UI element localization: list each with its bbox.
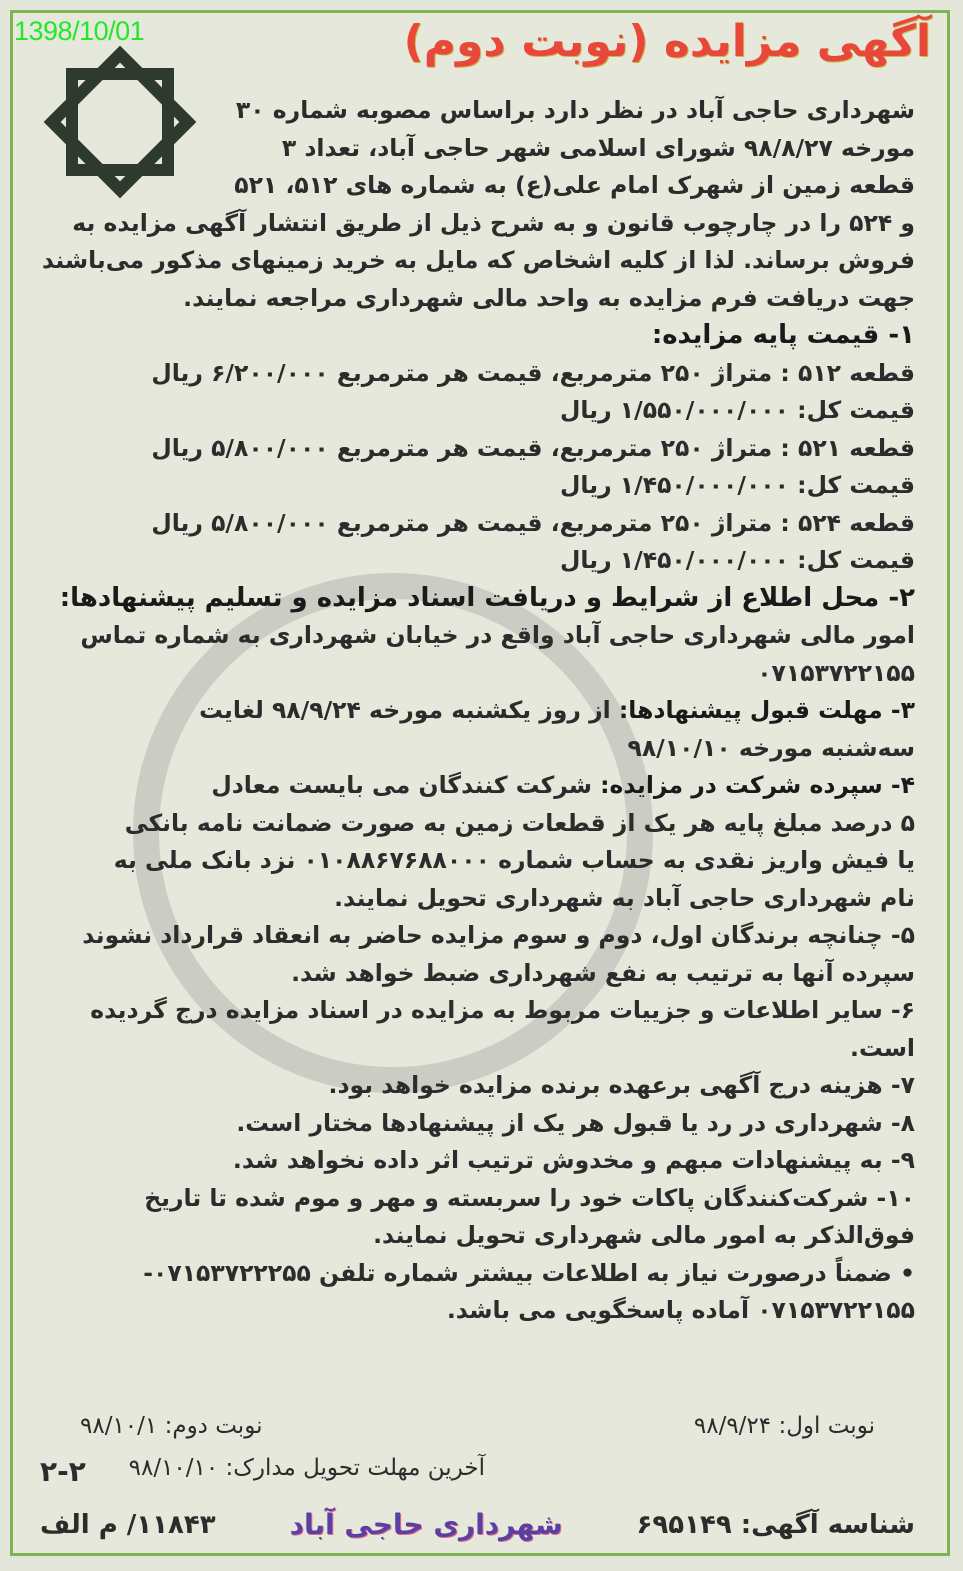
phone-number: ۰۷۱۵۳۷۲۲۱۵۵ (40, 655, 915, 693)
section-text: از روز یکشنبه مورخه ۹۸/۹/۲۴ لغایت (199, 696, 611, 724)
list-item: ۵- چنانچه برندگان اول، دوم و سوم مزایده … (40, 917, 915, 992)
footer-signature-row: شناسه آگهی: ۶۹۵۱۴۹ شهرداری حاجی آباد ۱۱۸… (40, 1508, 915, 1541)
intro-line: قطعه زمین از شهرک امام علی(ع) به شماره ه… (215, 167, 915, 205)
plot-line: قطعه ۵۲۱ : متراژ ۲۵۰ مترمربع، قیمت هر مت… (40, 430, 915, 468)
sequence-number: ۲-۲ (40, 1455, 86, 1488)
ad-id: شناسه آگهی: ۶۹۵۱۴۹ (636, 1510, 915, 1540)
plot-total: قیمت کل: ۱/۴۵۰/۰۰۰/۰۰۰ ریال (40, 542, 915, 580)
ad-body: شهرداری حاجی آباد در نظر دارد براساس مصو… (40, 92, 915, 1330)
footer-deadline: آخرین مهلت تحویل مدارک: ۹۸/۱۰/۱۰ ۲-۲ (40, 1455, 915, 1488)
section-heading: ۴- سپرده شرکت در مزایده: (600, 771, 915, 799)
list-item: ۷- هزینه درج آگهی برعهده برنده مزایده خو… (40, 1067, 915, 1105)
plot-total: قیمت کل: ۱/۵۵۰/۰۰۰/۰۰۰ ریال (40, 392, 915, 430)
reference-number: ۱۱۸۴۳/ م الف (40, 1510, 216, 1540)
plot-line: قطعه ۵۱۲ : متراژ ۲۵۰ مترمربع، قیمت هر مت… (40, 355, 915, 393)
list-item: ۸- شهرداری در رد یا قبول هر یک از پیشنها… (40, 1105, 915, 1143)
intro-line: فروش برساند. لذا از کلیه اشخاص که مایل ب… (40, 242, 915, 280)
plot-line: قطعه ۵۲۴ : متراژ ۲۵۰ مترمربع، قیمت هر مت… (40, 505, 915, 543)
ad-title: آگهی مزایده (نوبت دوم) (404, 16, 931, 67)
intro-line: مورخه ۹۸/۸/۲۷ شورای اسلامی شهر حاجی آباد… (215, 130, 915, 168)
section-text: یا فیش واریز نقدی به حساب شماره ۰۱۰۸۸۶۷۶… (40, 842, 915, 880)
section-text: سه‌شنبه مورخه ۹۸/۱۰/۱۰ (40, 730, 915, 768)
list-item: ۶- سایر اطلاعات و جزییات مربوط به مزایده… (40, 992, 915, 1067)
section-heading: ۳- مهلت قبول پیشنهادها: (619, 696, 915, 724)
footer-rounds: نوبت اول: ۹۸/۹/۲۴ نوبت دوم: ۹۸/۱۰/۱ (40, 1413, 915, 1439)
section-text: ۵ درصد مبلغ پایه هر یک از قطعات زمین به … (40, 805, 915, 843)
intro-line: و ۵۲۴ را در چارچوب قانون و به شرح ذیل از… (40, 205, 915, 243)
deadline: آخرین مهلت تحویل مدارک: ۹۸/۱۰/۱۰ (129, 1455, 485, 1488)
list-item: ۹- به پیشنهادات مبهم و مخدوش ترتیب اثر د… (40, 1142, 915, 1180)
signature: شهرداری حاجی آباد (290, 1508, 563, 1541)
section-heading: ۱- قیمت پایه مزایده: (40, 317, 915, 355)
section-text: شرکت کنندگان می بایست معادل (211, 771, 592, 799)
intro-line: جهت دریافت فرم مزایده به واحد مالی شهردا… (40, 280, 915, 318)
section-4: ۴- سپرده شرکت در مزایده: شرکت کنندگان می… (40, 767, 915, 805)
section-heading: ۲- محل اطلاع از شرایط و دریافت اسناد مزا… (40, 580, 915, 618)
second-round-date: نوبت دوم: ۹۸/۱۰/۱ (80, 1413, 263, 1439)
section-3: ۳- مهلت قبول پیشنهادها: از روز یکشنبه مو… (40, 692, 915, 730)
list-item: ۱۰- شرکت‌کنندگان پاکات خود را سربسته و م… (40, 1180, 915, 1255)
section-text: نام شهرداری حاجی آباد به شهرداری تحویل ن… (40, 880, 915, 918)
intro-line: شهرداری حاجی آباد در نظر دارد براساس مصو… (215, 92, 915, 130)
first-round-date: نوبت اول: ۹۸/۹/۲۴ (694, 1413, 875, 1439)
plot-total: قیمت کل: ۱/۴۵۰/۰۰۰/۰۰۰ ریال (40, 467, 915, 505)
list-item: • ضمناً درصورت نیاز به اطلاعات بیشتر شما… (40, 1255, 915, 1330)
section-text: امور مالی شهرداری حاجی آباد واقع در خیاب… (40, 617, 915, 655)
